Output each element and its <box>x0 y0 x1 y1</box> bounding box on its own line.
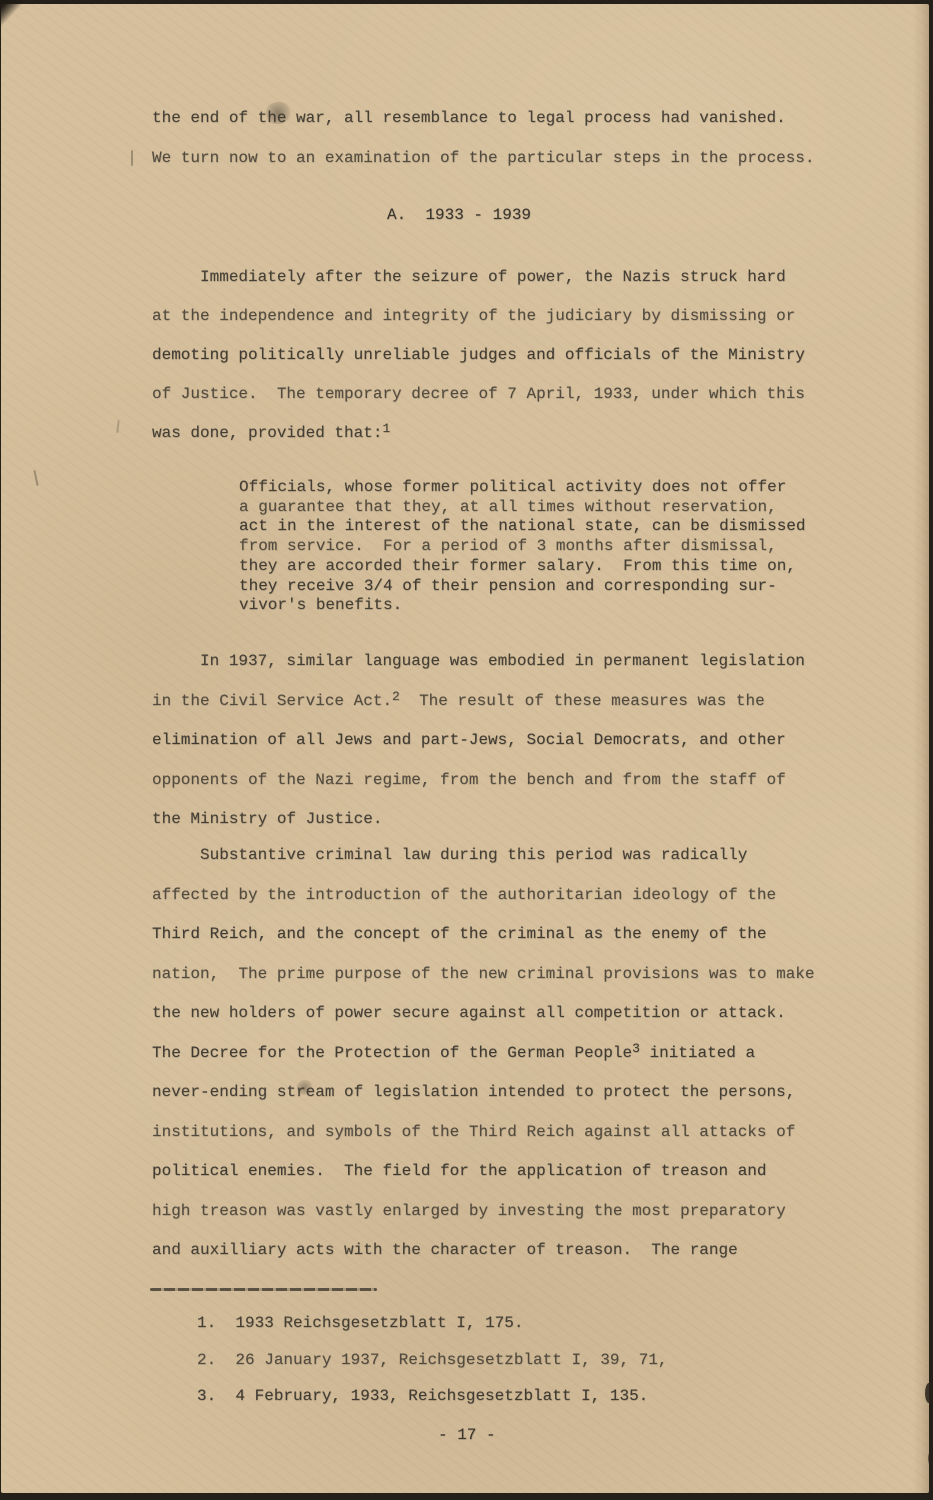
text-line: Substantive criminal law during this per… <box>152 836 815 876</box>
text-line: opponents of the Nazi regime, from the b… <box>152 761 805 801</box>
text-line: and auxilliary acts with the character o… <box>152 1231 815 1271</box>
text-line: in the Civil Service Act.2 The result of… <box>152 682 805 722</box>
text-line: We turn now to an examination of the par… <box>152 138 815 178</box>
block-quote: Officials, whose former political activi… <box>239 478 806 616</box>
text-line: institutions, and symbols of the Third R… <box>152 1113 815 1153</box>
text-line: vivor's benefits. <box>239 596 806 616</box>
scan-corner-shadow <box>0 0 44 32</box>
text-line: In 1937, similar language was embodied i… <box>152 642 805 682</box>
text-line: Officials, whose former political activi… <box>239 478 806 498</box>
text-line: they are accorded their former salary. F… <box>239 557 806 577</box>
footnotes: 1. 1933 Reichsgesetzblatt I, 175.2. 26 J… <box>197 1305 667 1415</box>
footnote-ref: 1 <box>382 421 390 436</box>
text-line: never-ending stream of legislation inten… <box>152 1073 815 1113</box>
stray-mark <box>131 150 133 166</box>
paragraph-1: Immediately after the seizure of power, … <box>152 258 805 453</box>
paragraph-2: In 1937, similar language was embodied i… <box>152 642 805 840</box>
text-line: high treason was vastly enlarged by inve… <box>152 1192 815 1232</box>
text-line: affected by the introduction of the auth… <box>152 876 815 916</box>
text-line: demoting politically unreliable judges a… <box>152 336 805 375</box>
document-scan: the end of the war, all resemblance to l… <box>0 0 933 1500</box>
section-heading: A. 1933 - 1939 <box>387 196 531 234</box>
text-line: act in the interest of the national stat… <box>239 517 806 537</box>
text-line: elimination of all Jews and part-Jews, S… <box>152 721 805 761</box>
text-line: Immediately after the seizure of power, … <box>152 258 805 297</box>
text-line: political enemies. The field for the app… <box>152 1152 815 1192</box>
footnote-ref: 3 <box>632 1041 640 1056</box>
text-line: the Ministry of Justice. <box>152 800 805 840</box>
text-line: a guarantee that they, at all times with… <box>239 498 806 518</box>
edge-blemish <box>925 1383 933 1403</box>
intro-paragraph: the end of the war, all resemblance to l… <box>152 98 815 178</box>
text-line: they receive 3/4 of their pension and co… <box>239 577 806 597</box>
text-line: was done, provided that:1 <box>152 414 805 453</box>
text-line: the end of the war, all resemblance to l… <box>152 98 815 138</box>
text-line: nation, The prime purpose of the new cri… <box>152 955 815 995</box>
text-line: 1. 1933 Reichsgesetzblatt I, 175. <box>197 1305 667 1342</box>
text-line: the new holders of power secure against … <box>152 994 815 1034</box>
text-line: 2. 26 January 1937, Reichsgesetzblatt I,… <box>197 1342 667 1379</box>
text-line: from service. For a period of 3 months a… <box>239 537 806 557</box>
text-line: of Justice. The temporary decree of 7 Ap… <box>152 375 805 414</box>
text-line: Third Reich, and the concept of the crim… <box>152 915 815 955</box>
text-line: 3. 4 February, 1933, Reichsgesetzblatt I… <box>197 1378 667 1415</box>
text-line: at the independence and integrity of the… <box>152 297 805 336</box>
footnote-ref: 2 <box>392 689 400 704</box>
edge-blemish <box>928 1452 933 1465</box>
page-number: - 17 - <box>438 1420 496 1450</box>
paragraph-3: Substantive criminal law during this per… <box>152 836 815 1271</box>
footnote-separator <box>150 1288 377 1291</box>
text-line: The Decree for the Protection of the Ger… <box>152 1034 815 1074</box>
